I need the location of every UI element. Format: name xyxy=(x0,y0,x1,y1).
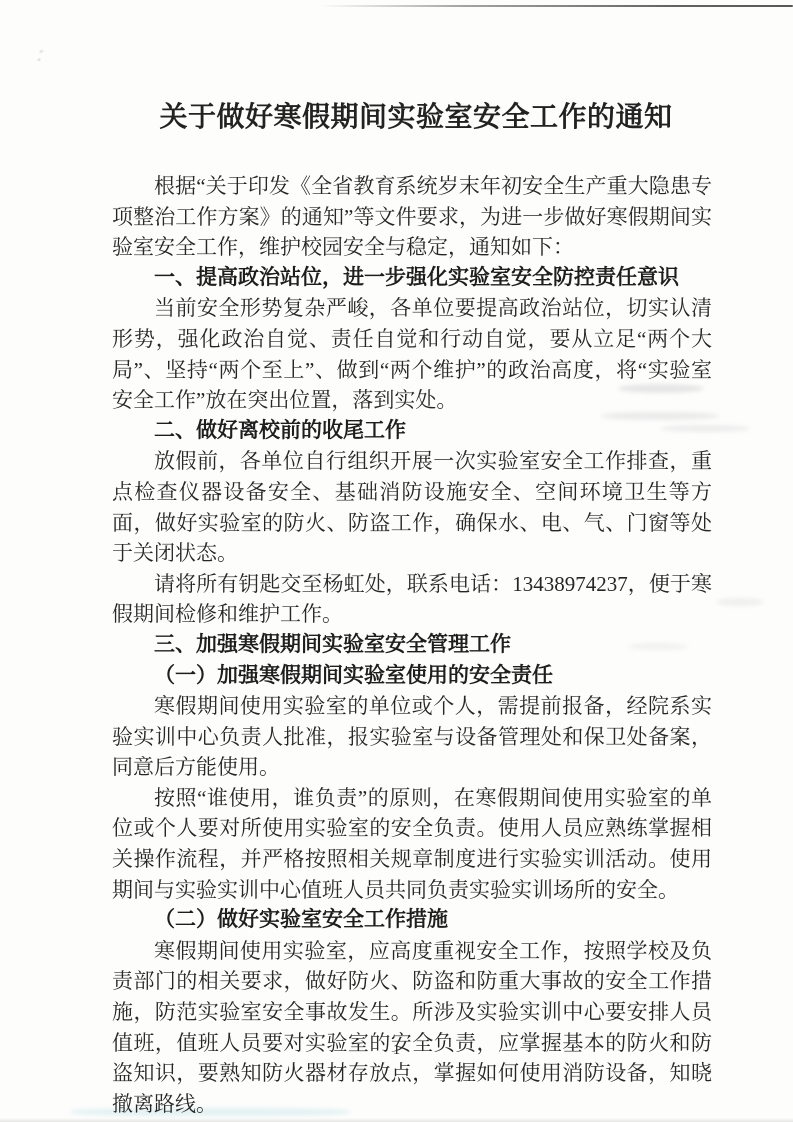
section-heading: 二、做好离校前的收尾工作 xyxy=(112,416,712,447)
paragraph: 根据“关于印发《全省教育系统岁末年初安全生产重大隐患专项整治工作方案》的通知”等… xyxy=(112,171,712,263)
paragraph: 寒假期间使用实验室，应高度重视安全工作，按照学校及负责部门的相关要求，做好防火、… xyxy=(112,936,712,1120)
paragraph: 请将所有钥匙交至杨虹处，联系电话：13438974237，便于寒假期间检修和维护… xyxy=(112,569,712,630)
subsection-heading: （一）加强寒假期间实验室使用的安全责任 xyxy=(112,661,712,692)
paragraph: 寒假期间使用实验室的单位或个人，需提前报备，经院系实验实训中心负责人批准，报实验… xyxy=(112,691,712,783)
page-number: 1 xyxy=(0,1042,793,1059)
scanned-document-page: 关于做好寒假期间实验室安全工作的通知 根据“关于印发《全省教育系统岁末年初安全生… xyxy=(0,0,793,1122)
document-title: 关于做好寒假期间实验室安全工作的通知 xyxy=(120,95,712,135)
section-heading: 一、提高政治站位，进一步强化实验室安全防控责任意识 xyxy=(112,263,712,294)
paragraph: 当前安全形势复杂严峻，各单位要提高政治站位，切实认清形势，强化政治自觉、责任自觉… xyxy=(112,293,712,415)
subsection-heading: （二）做好实验室安全工作措施 xyxy=(112,905,712,936)
section-heading: 三、加强寒假期间实验室安全管理工作 xyxy=(112,630,712,661)
paragraph: 按照“谁使用，谁负责”的原则，在寒假期间使用实验室的单位或个人要对所使用实验室的… xyxy=(112,783,712,905)
paragraph: 放假前，各单位自行组织开展一次实验室安全工作排查，重点检查仪器设备安全、基础消防… xyxy=(112,446,712,568)
document-content: 根据“关于印发《全省教育系统岁末年初安全生产重大隐患专项整治工作方案》的通知”等… xyxy=(112,171,712,1119)
document-body: 关于做好寒假期间实验室安全工作的通知 根据“关于印发《全省教育系统岁末年初安全生… xyxy=(0,0,793,1119)
